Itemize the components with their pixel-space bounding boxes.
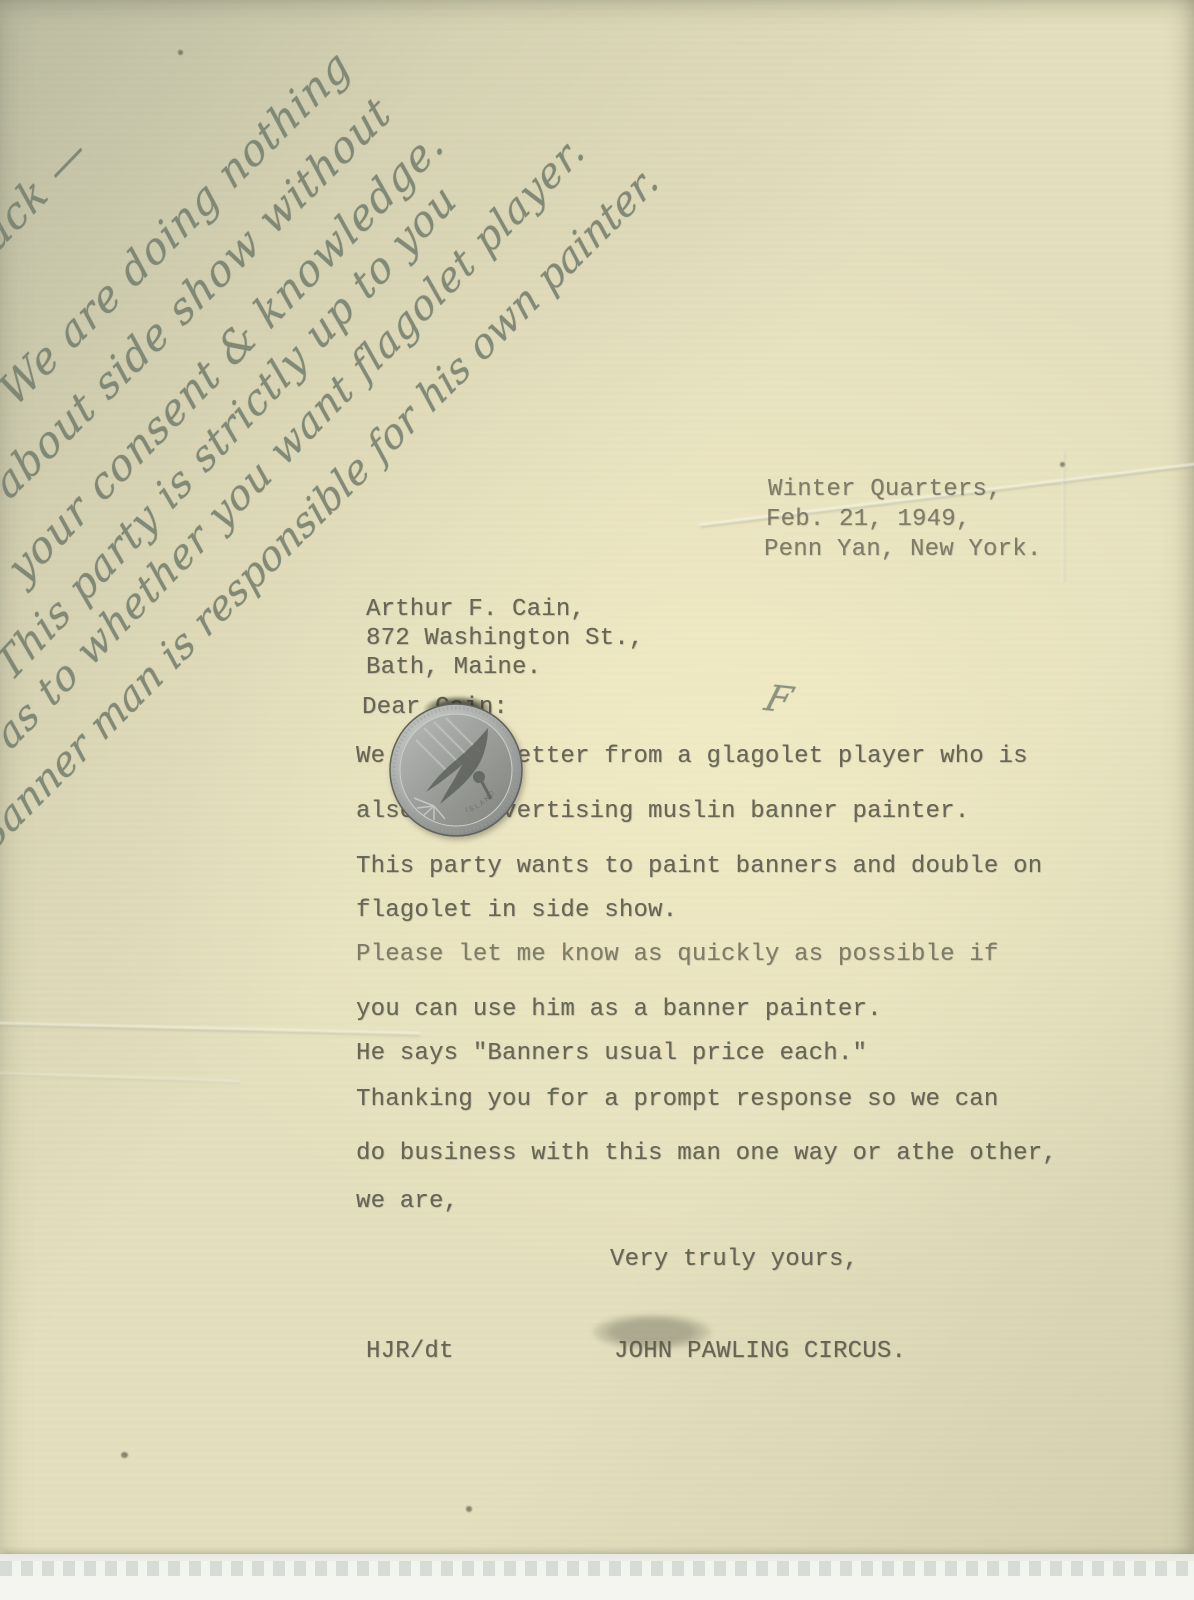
closing: Very truly yours, (610, 1246, 858, 1273)
fold-crease (1062, 452, 1065, 582)
paper-speck (121, 1452, 128, 1458)
dateline-city: Penn Yan, New York. (764, 536, 1041, 563)
recipient-street: 872 Washington St., (366, 625, 643, 652)
body-line: do business with this man one way or ath… (356, 1140, 1057, 1167)
body-line: This party wants to paint banners and do… (356, 853, 1042, 880)
fold-crease (0, 1072, 240, 1084)
paper-speck (466, 1506, 472, 1512)
album-edge-pattern (0, 1561, 1194, 1576)
paper-speck (1060, 462, 1065, 467)
recipient-name: Arthur F. Cain, (366, 596, 585, 623)
coin-image: ISLAND (388, 702, 524, 838)
dateline-place: Winter Quarters, (768, 476, 1002, 503)
coin: ISLAND (388, 702, 524, 838)
typist-initials: HJR/dt (366, 1338, 454, 1365)
body-line: flagolet in side show. (356, 897, 677, 924)
signature: JOHN PAWLING CIRCUS. (614, 1338, 906, 1365)
body-line: Thanking you for a prompt response so we… (356, 1086, 999, 1113)
dateline-date: Feb. 21, 1949, (766, 506, 970, 533)
handwritten-f-mark: F (760, 678, 797, 721)
letter-paper: Chuck — We are doing nothing about side … (0, 0, 1194, 1600)
body-line: He says "Banners usual price each." (356, 1040, 867, 1067)
body-line: you can use him as a banner painter. (356, 996, 882, 1023)
recipient-city: Bath, Maine. (366, 654, 541, 681)
handwritten-note-line: Chuck — (0, 126, 97, 306)
fold-crease (0, 1022, 420, 1037)
scanned-letter: Chuck — We are doing nothing about side … (0, 0, 1194, 1600)
album-page-edge (0, 1554, 1194, 1600)
body-line: Please let me know as quickly as possibl… (356, 941, 999, 968)
body-line: we are, (356, 1188, 458, 1215)
paper-speck (178, 50, 183, 55)
